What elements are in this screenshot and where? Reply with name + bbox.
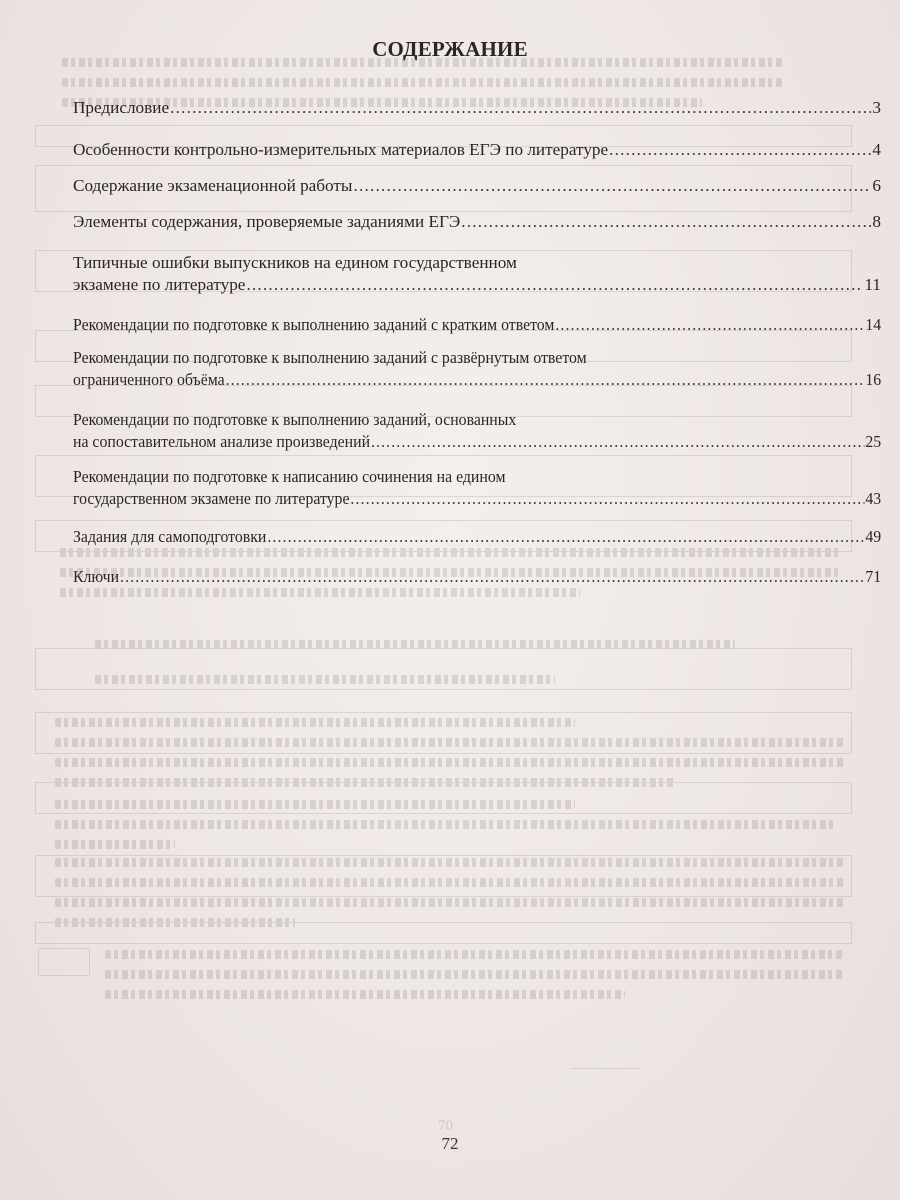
toc-entry-title: Задания для самоподготовки [73,526,266,548]
toc-entry-title: Ключи [73,566,119,588]
toc-page-number: 3 [872,97,881,119]
toc-entry-exam-content[interactable]: Содержание экзаменационной работы6 [73,175,881,197]
page-title: СОДЕРЖАНИЕ [0,37,900,62]
toc-page-number: 4 [872,139,881,161]
leader-dots [120,566,864,588]
toc-page-number: 49 [865,526,881,548]
leader-dots [461,211,871,233]
toc-entry-title-line: на сопоставительном анализе произведений [73,431,370,453]
toc-entry-kim-features[interactable]: Особенности контрольно-измерительных мат… [73,139,881,161]
toc-page-number: 25 [865,431,881,453]
leader-dots [226,369,865,391]
toc-page-number: 43 [865,488,881,510]
toc-entry-title-line: ограниченного объёма [73,369,225,391]
leader-dots [555,314,864,336]
toc-entry-comparative-analysis-tasks[interactable]: Рекомендации по подготовке к выполнению … [73,409,881,453]
toc-entry-essay-writing[interactable]: Рекомендации по подготовке к написанию с… [73,466,881,510]
leader-dots [353,175,871,197]
leader-dots [350,488,864,510]
toc-page-number: 8 [872,211,881,233]
leader-dots [170,97,871,119]
toc-entry-title-line: Рекомендации по подготовке к выполнению … [73,409,881,431]
toc-page-number: 71 [865,566,881,588]
page-number: 72 [0,1134,900,1154]
toc-entry-preface[interactable]: Предисловие3 [73,97,881,119]
toc-page-number: 11 [864,274,881,296]
toc-entry-typical-errors[interactable]: Типичные ошибки выпускников на едином го… [73,252,881,296]
toc-entry-title: Рекомендации по подготовке к выполнению … [73,314,554,336]
toc-entry-extended-answer-tasks[interactable]: Рекомендации по подготовке к выполнению … [73,347,881,391]
toc-page-number: 16 [865,369,881,391]
toc-entry-title-line: Типичные ошибки выпускников на едином го… [73,252,881,274]
toc-entry-short-answer-tasks[interactable]: Рекомендации по подготовке к выполнению … [73,314,881,336]
toc-entry-content-elements[interactable]: Элементы содержания, проверяемые задания… [73,211,881,233]
bleed-through-page-number: 70 [438,1118,453,1135]
toc-entry-title-line: экзамене по литературе [73,274,245,296]
toc-entry-title-line: государственном экзамене по литературе [73,488,349,510]
toc-entry-answer-keys[interactable]: Ключи71 [73,566,881,588]
toc-entry-title: Особенности контрольно-измерительных мат… [73,139,608,161]
leader-dots [371,431,864,453]
leader-dots [267,526,864,548]
toc-entry-self-study-tasks[interactable]: Задания для самоподготовки49 [73,526,881,548]
toc-entry-title: Предисловие [73,97,169,119]
leader-dots [246,274,863,296]
toc-entry-title: Содержание экзаменационной работы [73,175,352,197]
leader-dots [609,139,871,161]
toc-entry-title-line: Рекомендации по подготовке к написанию с… [73,466,881,488]
toc-page-number: 6 [872,175,881,197]
toc-page-number: 14 [865,314,881,336]
toc-entry-title: Элементы содержания, проверяемые задания… [73,211,460,233]
toc-entry-title-line: Рекомендации по подготовке к выполнению … [73,347,881,369]
